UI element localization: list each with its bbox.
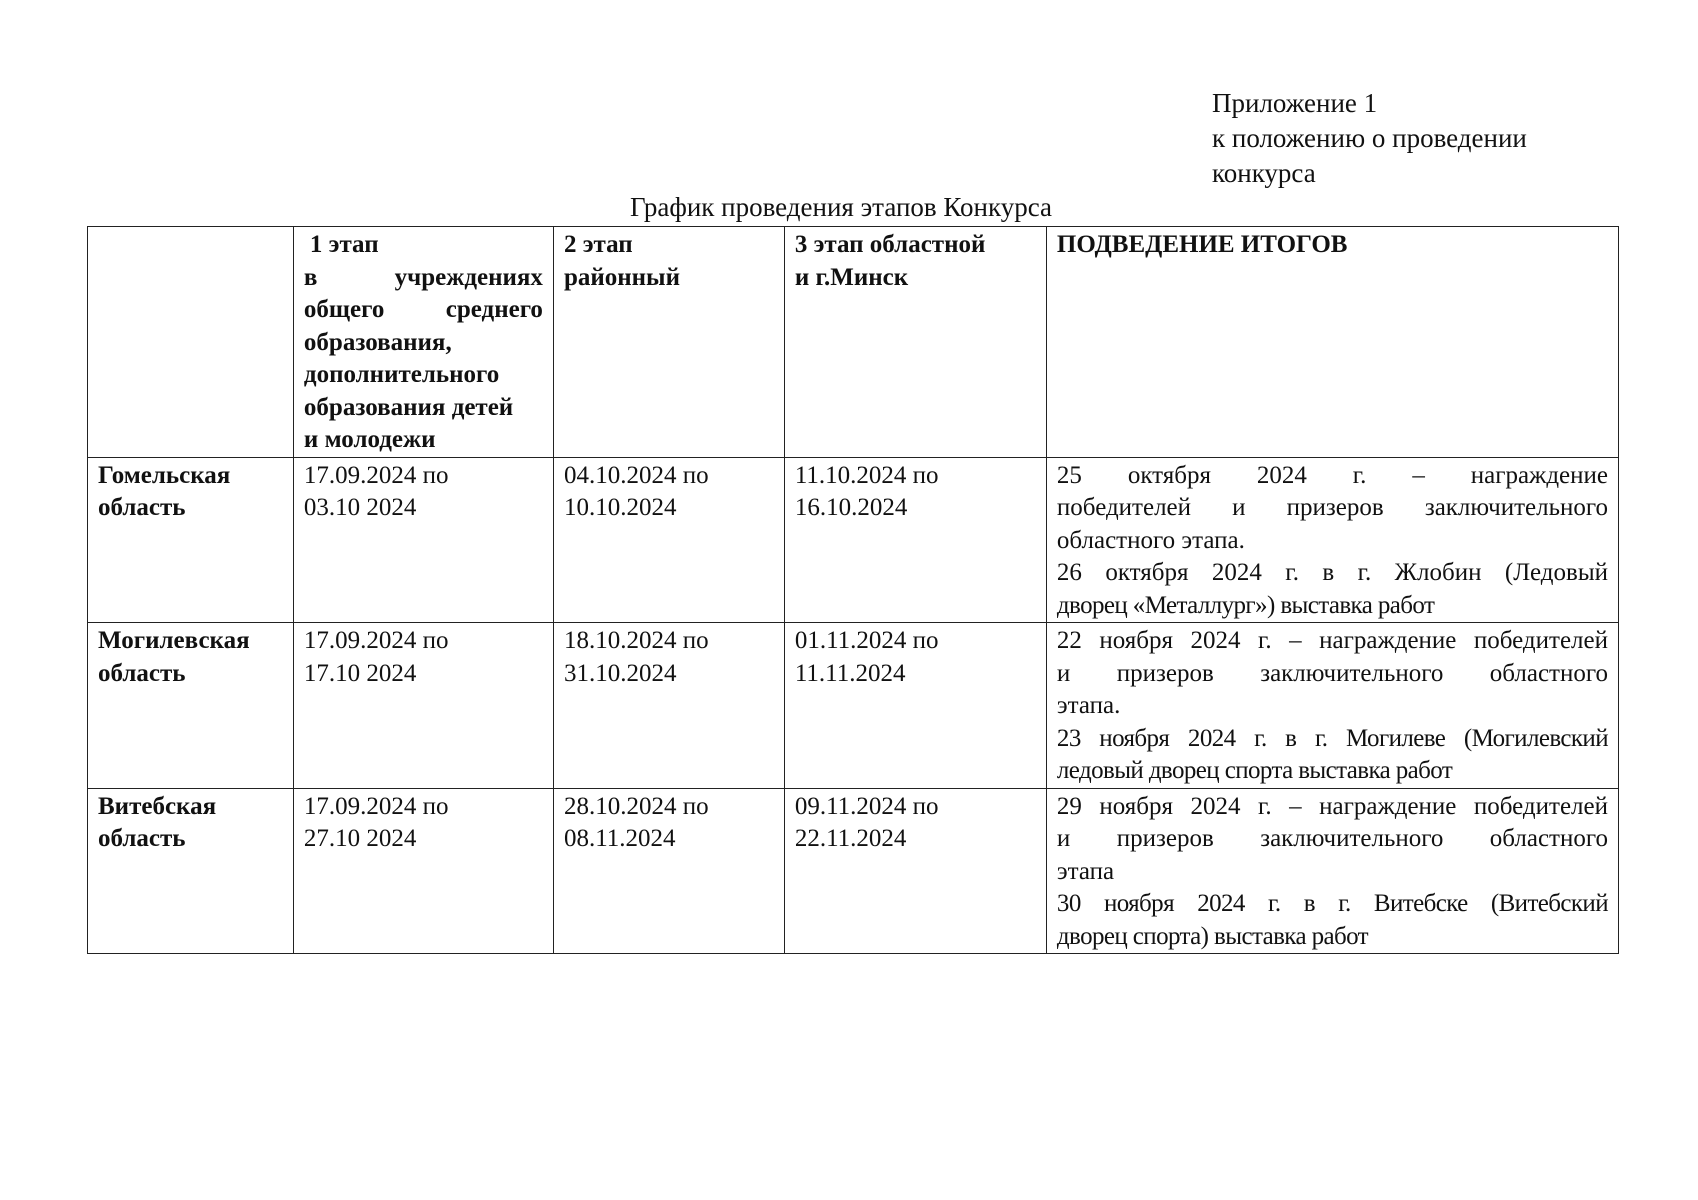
date-line: 17.09.2024 по: [304, 791, 543, 824]
header-summary: ПОДВЕДЕНИЕ ИТОГОВ: [1046, 227, 1618, 458]
date-line: 28.10.2024 по: [564, 791, 774, 824]
date-line: 09.11.2024 по: [795, 791, 1036, 824]
table-row: Могилевская область 17.09.2024 по 17.10 …: [88, 623, 1619, 789]
header-stage3: 3 этап областной и г.Минск: [784, 227, 1046, 458]
stage1-dates: 17.09.2024 по 17.10 2024: [293, 623, 553, 789]
date-line: 17.09.2024 по: [304, 460, 543, 493]
document-title: График проведения этапов Конкурса: [0, 191, 1698, 223]
stage2-dates: 28.10.2024 по 08.11.2024: [553, 788, 784, 954]
summary-line: ледовый дворец спорта выставка работ: [1057, 755, 1608, 788]
header-stage1-line: дополнительного: [304, 359, 543, 392]
summary-line: и призеров заключительного областного: [1057, 823, 1608, 856]
header-stage1-line: общего среднего: [304, 294, 543, 327]
appendix-line: конкурса: [1212, 156, 1527, 191]
date-line: 11.11.2024: [795, 658, 1036, 691]
stage1-dates: 17.09.2024 по 03.10 2024: [293, 457, 553, 623]
table-row: Витебская область 17.09.2024 по 27.10 20…: [88, 788, 1619, 954]
region-name: Гомельская: [98, 460, 283, 493]
region-cell: Гомельская область: [88, 457, 294, 623]
stage3-dates: 01.11.2024 по 11.11.2024: [784, 623, 1046, 789]
header-stage2: 2 этап районный: [553, 227, 784, 458]
appendix-line: к положению о проведении: [1212, 121, 1527, 156]
date-line: 18.10.2024 по: [564, 625, 774, 658]
region-name: область: [98, 658, 283, 691]
summary-cell: 29 ноября 2024 г. – награждение победите…: [1046, 788, 1618, 954]
summary-line: 29 ноября 2024 г. – награждение победите…: [1057, 791, 1608, 824]
date-line: 11.10.2024 по: [795, 460, 1036, 493]
stage2-dates: 18.10.2024 по 31.10.2024: [553, 623, 784, 789]
region-name: Витебская: [98, 791, 283, 824]
summary-line: областного этапа.: [1057, 525, 1608, 558]
summary-line: 25 октября 2024 г. – награждение: [1057, 460, 1608, 493]
header-region: [88, 227, 294, 458]
region-name: область: [98, 492, 283, 525]
date-line: 03.10 2024: [304, 492, 543, 525]
header-stage1: 1 этап в учреждениях общего среднего обр…: [293, 227, 553, 458]
header-stage1-line: образования,: [304, 327, 543, 360]
date-line: 16.10.2024: [795, 492, 1036, 525]
header-stage3-line: и г.Минск: [795, 262, 1036, 295]
date-line: 27.10 2024: [304, 823, 543, 856]
stage1-dates: 17.09.2024 по 27.10 2024: [293, 788, 553, 954]
header-stage3-line: 3 этап областной: [795, 229, 1036, 262]
stage2-dates: 04.10.2024 по 10.10.2024: [553, 457, 784, 623]
summary-line: дворец спорта) выставка работ: [1057, 921, 1608, 954]
header-stage1-line: и молодежи: [304, 424, 543, 457]
header-stage2-line: районный: [564, 262, 774, 295]
summary-line: 23 ноября 2024 г. в г. Могилеве (Могилев…: [1057, 723, 1608, 756]
summary-line: этапа.: [1057, 690, 1608, 723]
region-name: Могилевская: [98, 625, 283, 658]
date-line: 04.10.2024 по: [564, 460, 774, 493]
table-header-row: 1 этап в учреждениях общего среднего обр…: [88, 227, 1619, 458]
appendix-line: Приложение 1: [1212, 86, 1527, 121]
summary-line: и призеров заключительного областного: [1057, 658, 1608, 691]
summary-line: победителей и призеров заключительного: [1057, 492, 1608, 525]
stage3-dates: 09.11.2024 по 22.11.2024: [784, 788, 1046, 954]
summary-line: 26 октября 2024 г. в г. Жлобин (Ледовый: [1057, 557, 1608, 590]
schedule-table: 1 этап в учреждениях общего среднего обр…: [87, 226, 1619, 954]
date-line: 17.09.2024 по: [304, 625, 543, 658]
summary-line: 30 ноября 2024 г. в г. Витебске (Витебск…: [1057, 888, 1608, 921]
date-line: 31.10.2024: [564, 658, 774, 691]
region-name: область: [98, 823, 283, 856]
table-row: Гомельская область 17.09.2024 по 03.10 2…: [88, 457, 1619, 623]
summary-cell: 22 ноября 2024 г. – награждение победите…: [1046, 623, 1618, 789]
stage3-dates: 11.10.2024 по 16.10.2024: [784, 457, 1046, 623]
header-stage1-line: 1 этап: [304, 229, 543, 262]
header-stage1-line: образования детей: [304, 392, 543, 425]
summary-line: 22 ноября 2024 г. – награждение победите…: [1057, 625, 1608, 658]
date-line: 17.10 2024: [304, 658, 543, 691]
date-line: 22.11.2024: [795, 823, 1036, 856]
date-line: 08.11.2024: [564, 823, 774, 856]
document-title-text: График проведения этапов Конкурса: [630, 192, 1052, 222]
summary-cell: 25 октября 2024 г. – награждение победит…: [1046, 457, 1618, 623]
summary-line: этапа: [1057, 856, 1608, 889]
appendix-reference: Приложение 1 к положению о проведении ко…: [1212, 86, 1527, 191]
date-line: 01.11.2024 по: [795, 625, 1036, 658]
header-stage1-line: в учреждениях: [304, 262, 543, 295]
region-cell: Могилевская область: [88, 623, 294, 789]
summary-line: дворец «Металлург») выставка работ: [1057, 590, 1608, 623]
region-cell: Витебская область: [88, 788, 294, 954]
header-stage2-line: 2 этап: [564, 229, 774, 262]
date-line: 10.10.2024: [564, 492, 774, 525]
